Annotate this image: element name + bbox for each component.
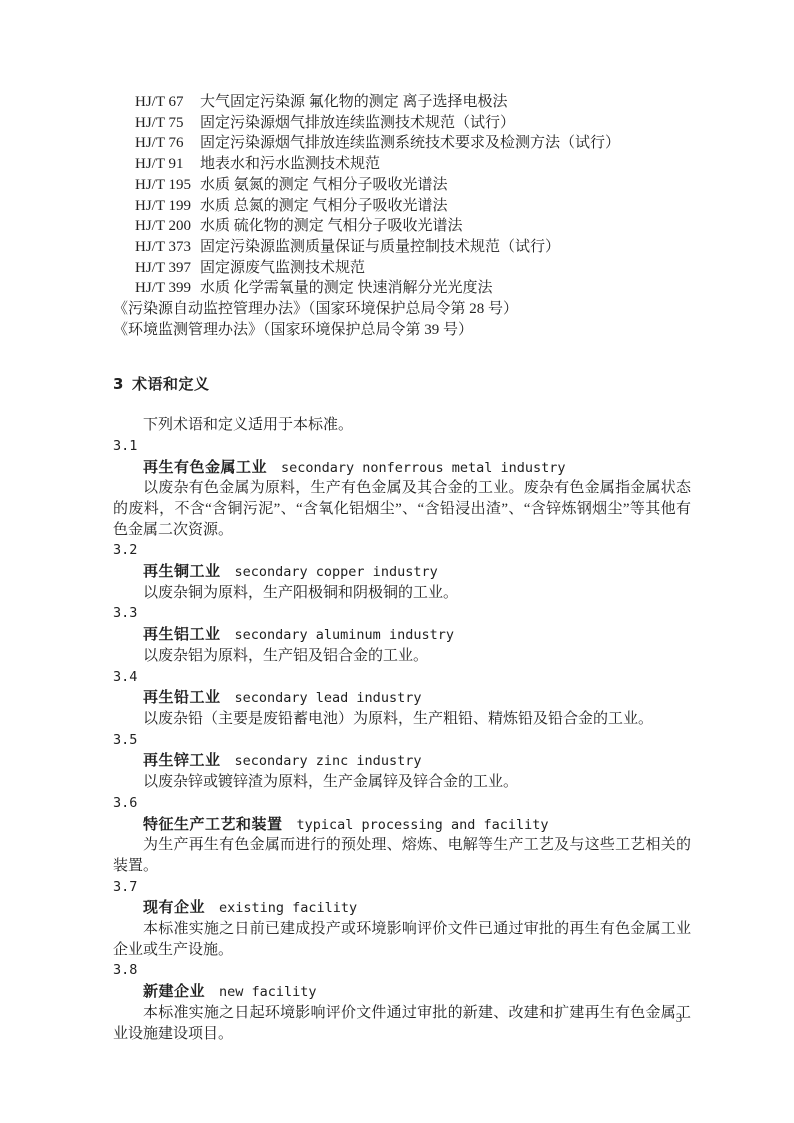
term-heading: 特征生产工艺和装置typical processing and facility: [113, 814, 691, 836]
term-name-zh: 特征生产工艺和装置: [143, 815, 283, 833]
term-name-zh: 新建企业: [143, 982, 205, 1000]
term-heading: 现有企业existing facility: [113, 897, 691, 919]
term-number: 3.7: [113, 877, 691, 898]
term-name-zh: 再生铝工业: [143, 625, 221, 643]
term-heading: 再生铅工业secondary lead industry: [113, 687, 691, 709]
term-definition: 以废杂锌或镀锌渣为原料，生产金属锌及锌合金的工业。: [113, 772, 691, 793]
reference-label: HJ/T 67: [135, 92, 200, 113]
reference-item: HJ/T 200水质 硫化物的测定 气相分子吸收光谱法: [113, 216, 691, 237]
document-page: HJ/T 67大气固定污染源 氟化物的测定 离子选择电极法 HJ/T 75固定污…: [0, 0, 794, 1123]
reference-item: HJ/T 67大气固定污染源 氟化物的测定 离子选择电极法: [113, 92, 691, 113]
reference-label: HJ/T 373: [135, 237, 200, 258]
term-name-en: typical processing and facility: [297, 817, 549, 833]
reference-title: 固定污染源烟气排放连续监测技术规范（试行）: [200, 115, 515, 131]
term-definition: 以废杂铜为原料，生产阳极铜和阴极铜的工业。: [113, 583, 691, 604]
term-name-en: secondary lead industry: [235, 690, 422, 706]
term-entry: 3.7 现有企业existing facility 本标准实施之日前已建成投产或…: [113, 877, 691, 961]
reference-title: 地表水和污水监测技术规范: [200, 156, 380, 172]
term-entry: 3.3 再生铝工业secondary aluminum industry 以废杂…: [113, 603, 691, 666]
reference-label: HJ/T 76: [135, 133, 200, 154]
references-list: HJ/T 67大气固定污染源 氟化物的测定 离子选择电极法 HJ/T 75固定污…: [113, 92, 691, 340]
term-entry: 3.8 新建企业new facility 本标准实施之日起环境影响评价文件通过审…: [113, 960, 691, 1044]
section-number: 3: [113, 375, 124, 393]
term-number: 3.3: [113, 603, 691, 624]
term-name-en: secondary zinc industry: [235, 753, 422, 769]
reference-label: HJ/T 200: [135, 216, 200, 237]
reference-title: 大气固定污染源 氟化物的测定 离子选择电极法: [200, 94, 508, 110]
reference-item: HJ/T 397固定源废气监测技术规范: [113, 258, 691, 279]
term-number: 3.6: [113, 793, 691, 814]
term-entry: 3.5 再生锌工业secondary zinc industry 以废杂锌或镀锌…: [113, 730, 691, 793]
term-name-zh: 再生铜工业: [143, 562, 221, 580]
reference-label: HJ/T 399: [135, 278, 200, 299]
reference-label: HJ/T 199: [135, 196, 200, 217]
section-heading: 3术语和定义: [113, 374, 691, 395]
term-name-en: secondary nonferrous metal industry: [281, 460, 565, 476]
term-definition: 以废杂铅（主要是废铅蓄电池）为原料，生产粗铅、精炼铅及铅合金的工业。: [113, 709, 691, 730]
reference-title: 固定污染源监测质量保证与质量控制技术规范（试行）: [200, 239, 560, 255]
term-definition: 为生产再生有色金属而进行的预处理、熔炼、电解等生产工艺及与这些工艺相关的装置。: [113, 835, 691, 876]
term-heading: 新建企业new facility: [113, 981, 691, 1003]
reference-item: HJ/T 75固定污染源烟气排放连续监测技术规范（试行）: [113, 113, 691, 134]
term-entry: 3.2 再生铜工业secondary copper industry 以废杂铜为…: [113, 540, 691, 603]
reference-title: 固定源废气监测技术规范: [200, 260, 365, 276]
term-definition: 以废杂有色金属为原料，生产有色金属及其合金的工业。废杂有色金属指金属状态的废料，…: [113, 478, 691, 540]
reference-item: HJ/T 76固定污染源烟气排放连续监测系统技术要求及检测方法（试行）: [113, 133, 691, 154]
term-heading: 再生有色金属工业secondary nonferrous metal indus…: [113, 457, 691, 479]
reference-label: HJ/T 91: [135, 154, 200, 175]
reference-label: HJ/T 195: [135, 175, 200, 196]
term-definition: 以废杂铝为原料，生产铝及铝合金的工业。: [113, 646, 691, 667]
reference-document: 《污染源自动监控管理办法》（国家环境保护总局令第 28 号）: [113, 299, 691, 320]
term-definition: 本标准实施之日前已建成投产或环境影响评价文件已通过审批的再生有色金属工业企业或生…: [113, 919, 691, 960]
term-entry: 3.1 再生有色金属工业secondary nonferrous metal i…: [113, 436, 691, 541]
reference-item: HJ/T 199水质 总氮的测定 气相分子吸收光谱法: [113, 196, 691, 217]
term-number: 3.1: [113, 436, 691, 457]
term-definition: 本标准实施之日起环境影响评价文件通过审批的新建、改建和扩建再生有色金属工业设施建…: [113, 1003, 691, 1044]
term-number: 3.8: [113, 960, 691, 981]
term-heading: 再生铜工业secondary copper industry: [113, 561, 691, 583]
term-name-en: existing facility: [219, 900, 357, 916]
term-number: 3.2: [113, 540, 691, 561]
term-name-en: new facility: [219, 984, 317, 1000]
section-intro: 下列术语和定义适用于本标准。: [113, 415, 691, 436]
page-number: 3: [669, 1010, 689, 1026]
reference-item: HJ/T 91地表水和污水监测技术规范: [113, 154, 691, 175]
reference-title: 固定污染源烟气排放连续监测系统技术要求及检测方法（试行）: [200, 135, 620, 151]
term-name-zh: 再生有色金属工业: [143, 458, 267, 476]
reference-item: HJ/T 399水质 化学需氧量的测定 快速消解分光光度法: [113, 278, 691, 299]
reference-title: 水质 化学需氧量的测定 快速消解分光光度法: [200, 280, 493, 296]
term-name-zh: 再生锌工业: [143, 751, 221, 769]
term-heading: 再生锌工业secondary zinc industry: [113, 750, 691, 772]
term-name-en: secondary aluminum industry: [235, 627, 454, 643]
reference-title: 水质 总氮的测定 气相分子吸收光谱法: [200, 198, 448, 214]
reference-label: HJ/T 75: [135, 113, 200, 134]
reference-title: 水质 硫化物的测定 气相分子吸收光谱法: [200, 218, 463, 234]
term-number: 3.4: [113, 667, 691, 688]
reference-document: 《环境监测管理办法》（国家环境保护总局令第 39 号）: [113, 320, 691, 341]
term-name-zh: 现有企业: [143, 898, 205, 916]
reference-item: HJ/T 373固定污染源监测质量保证与质量控制技术规范（试行）: [113, 237, 691, 258]
reference-title: 水质 氨氮的测定 气相分子吸收光谱法: [200, 177, 448, 193]
term-entry: 3.4 再生铅工业secondary lead industry 以废杂铅（主要…: [113, 667, 691, 730]
section-title: 术语和定义: [132, 375, 210, 393]
term-entry: 3.6 特征生产工艺和装置typical processing and faci…: [113, 793, 691, 877]
page-content: HJ/T 67大气固定污染源 氟化物的测定 离子选择电极法 HJ/T 75固定污…: [113, 92, 691, 1044]
term-name-zh: 再生铅工业: [143, 688, 221, 706]
term-number: 3.5: [113, 730, 691, 751]
term-name-en: secondary copper industry: [235, 564, 438, 580]
term-heading: 再生铝工业secondary aluminum industry: [113, 624, 691, 646]
reference-label: HJ/T 397: [135, 258, 200, 279]
reference-item: HJ/T 195水质 氨氮的测定 气相分子吸收光谱法: [113, 175, 691, 196]
